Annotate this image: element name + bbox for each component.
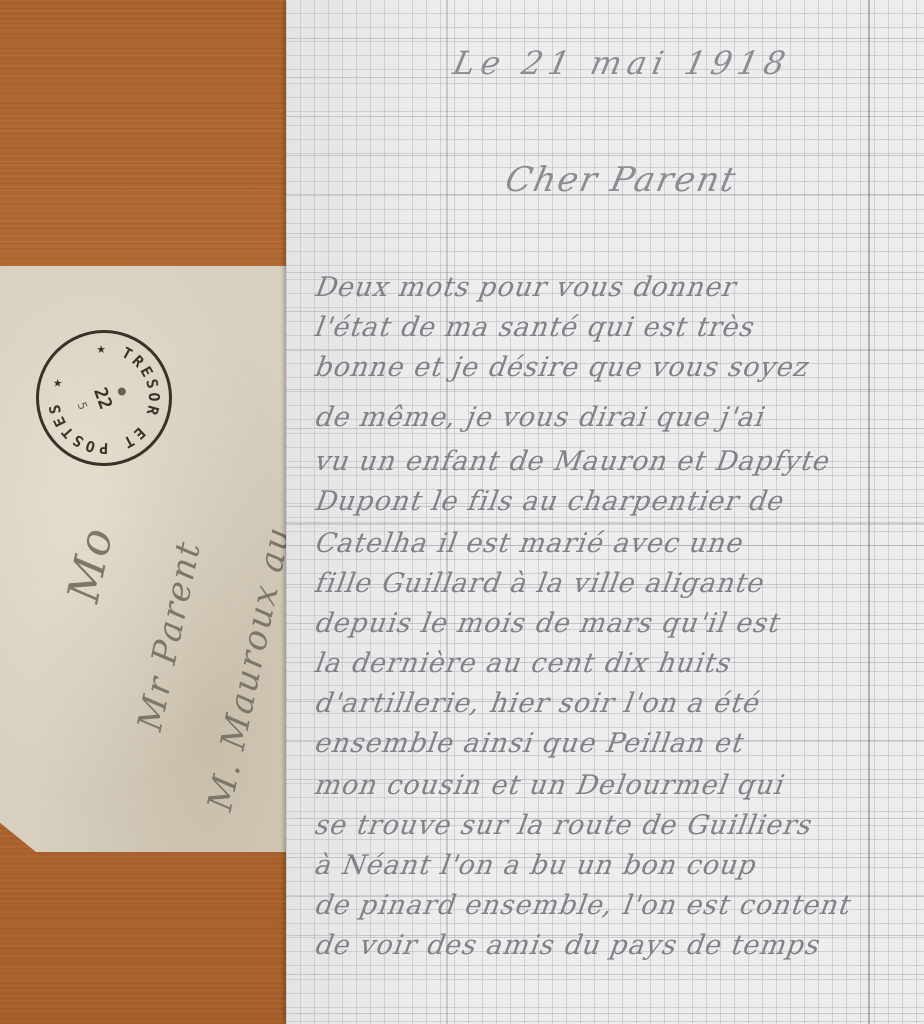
- envelope-address-line: Mr Parent: [130, 537, 209, 735]
- letter-line: ensemble ainsi que Peillan et: [310, 728, 750, 759]
- fold-crease: [286, 522, 924, 525]
- letter-line: se trouve sur la route de Guilliers: [310, 810, 818, 841]
- letter-line: de même, je vous dirai que j'ai: [310, 402, 771, 433]
- letter-line: mon cousin et un Delourmel qui: [310, 770, 790, 801]
- envelope-address-line: Mo: [58, 522, 124, 606]
- letter-line: à Néant l'on a bu un bon coup: [310, 850, 763, 881]
- postmark-icon: ★ TRESOR ET POSTES ★ 22 5: [39, 333, 169, 463]
- letter-line: de voir des amis du pays de temps: [310, 930, 826, 961]
- letter-line: bonne et je désire que vous soyez: [310, 352, 815, 383]
- envelope-address-line: M. Mauroux au: [200, 522, 299, 814]
- letter-line: Deux mots pour vous donner: [310, 272, 742, 303]
- svg-text:POSTES ★: POSTES ★: [39, 362, 114, 463]
- svg-text:22: 22: [89, 385, 116, 413]
- svg-text:5: 5: [75, 400, 91, 412]
- letter-line: Catelha il est marié avec une: [310, 528, 749, 559]
- letter-line: vu un enfant de Mauron et Dapfyte: [310, 446, 836, 477]
- letter-line: l'état de ma santé qui est très: [310, 312, 760, 343]
- letter-line: d'artillerie, hier soir l'on a été: [310, 688, 766, 719]
- envelope: ★ TRESOR ET POSTES ★ 22 5 Mo Mr Parent M…: [0, 266, 300, 852]
- letter-date: Le 21 mai 1918: [450, 44, 795, 82]
- letter-page: Le 21 mai 1918 Cher Parent Deux mots pou…: [286, 0, 924, 1024]
- letter-line: fille Guillard à la ville aligante: [310, 568, 770, 599]
- letter-line: de pinard ensemble, l'on est content: [310, 890, 857, 921]
- letter-line: Dupont le fils au charpentier de: [310, 486, 790, 517]
- letter-line: la dernière au cent dix huits: [310, 648, 737, 679]
- fold-crease: [868, 0, 870, 1024]
- postmark-stamp: ★ TRESOR ET POSTES ★ 22 5: [36, 330, 172, 466]
- letter-line: depuis le mois de mars qu'il est: [310, 608, 786, 639]
- letter-greeting: Cher Parent: [502, 160, 741, 200]
